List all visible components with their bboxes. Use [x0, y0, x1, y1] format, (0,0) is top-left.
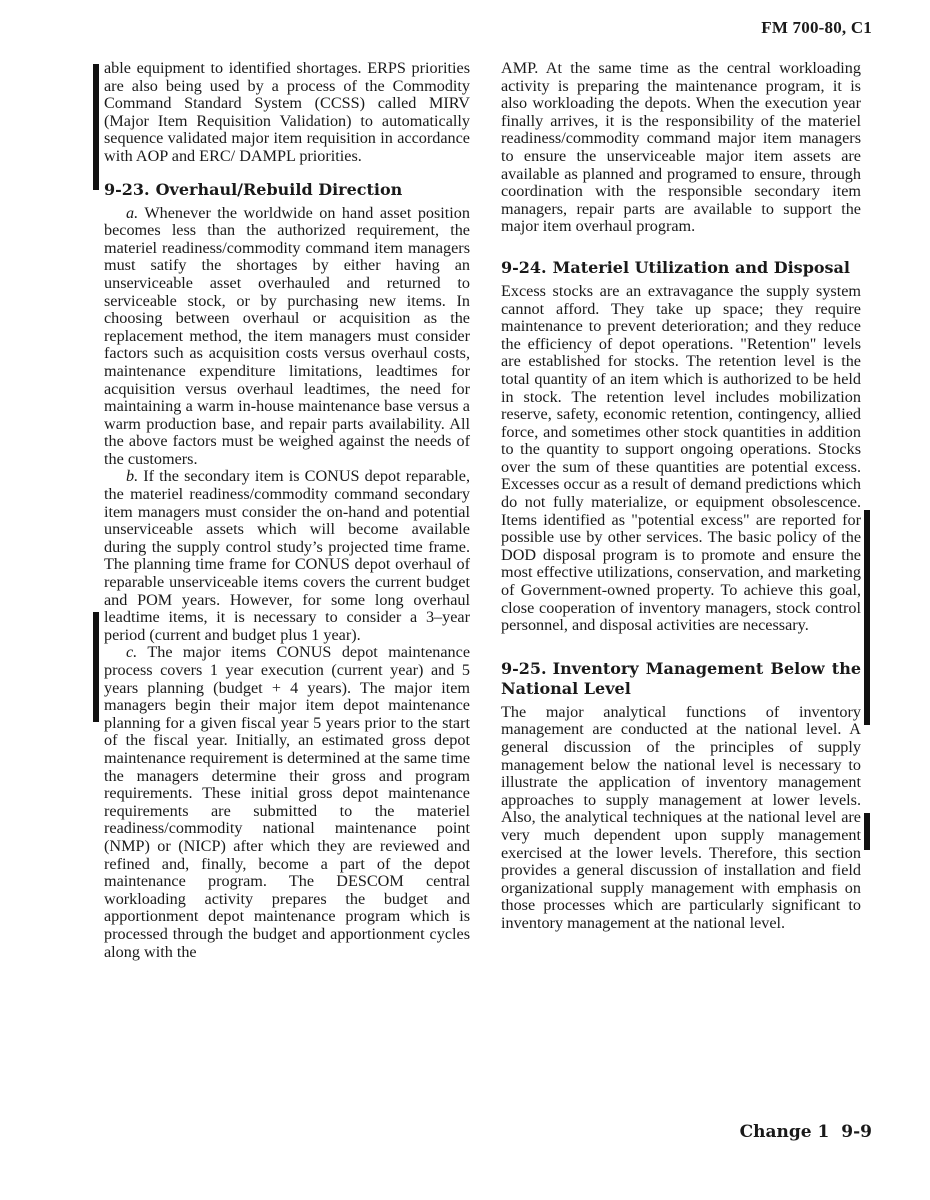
- change-bar: [864, 813, 870, 850]
- section-body: The major analytical functions of invent…: [501, 704, 861, 933]
- section-number: 9-23.: [104, 180, 150, 199]
- continued-paragraph: able equipment to identified shortages. …: [104, 60, 470, 166]
- change-bar: [93, 612, 99, 722]
- paragraph-text: Whenever the worldwide on hand asset pos…: [104, 204, 470, 468]
- section-heading-9-23: 9-23.Overhaul/Rebuild Direction: [104, 180, 470, 200]
- section-number: 9-24.: [501, 258, 547, 277]
- section-title: Inventory Management Below the National …: [501, 659, 861, 698]
- paragraph-label: b.: [126, 467, 138, 485]
- change-bar: [93, 64, 99, 190]
- section-body: Excess stocks are an extravagance the su…: [501, 283, 861, 635]
- paragraph-b: b. If the secondary item is CONUS depot …: [104, 468, 470, 644]
- left-column: able equipment to identified shortages. …: [104, 60, 470, 961]
- paragraph-a: a. Whenever the worldwide on hand asset …: [104, 205, 470, 469]
- section-title: Materiel Utilization and Disposal: [553, 258, 850, 277]
- section-heading-9-24: 9-24.Materiel Utilization and Disposal: [501, 258, 861, 278]
- page-footer: Change 19-9: [740, 1122, 872, 1142]
- paragraph-text: If the secondary item is CONUS depot rep…: [104, 467, 470, 643]
- paragraph-c: c. The major items CONUS depot maintenan…: [104, 644, 470, 961]
- change-bar: [864, 510, 870, 725]
- right-column: AMP. At the same time as the central wor…: [501, 60, 861, 933]
- change-label: Change 1: [740, 1122, 830, 1142]
- paragraph-label: a.: [126, 204, 138, 222]
- section-heading-9-25: 9-25.Inventory Management Below the Nati…: [501, 659, 861, 699]
- paragraph-text: The major items CONUS depot maintenance …: [104, 643, 470, 960]
- page-number: 9-9: [841, 1122, 872, 1142]
- section-title: Overhaul/Rebuild Direction: [156, 180, 403, 199]
- section-number: 9-25.: [501, 659, 547, 678]
- continued-paragraph: AMP. At the same time as the central wor…: [501, 60, 861, 236]
- paragraph-label: c.: [126, 643, 137, 661]
- document-id-header: FM 700-80, C1: [761, 18, 872, 38]
